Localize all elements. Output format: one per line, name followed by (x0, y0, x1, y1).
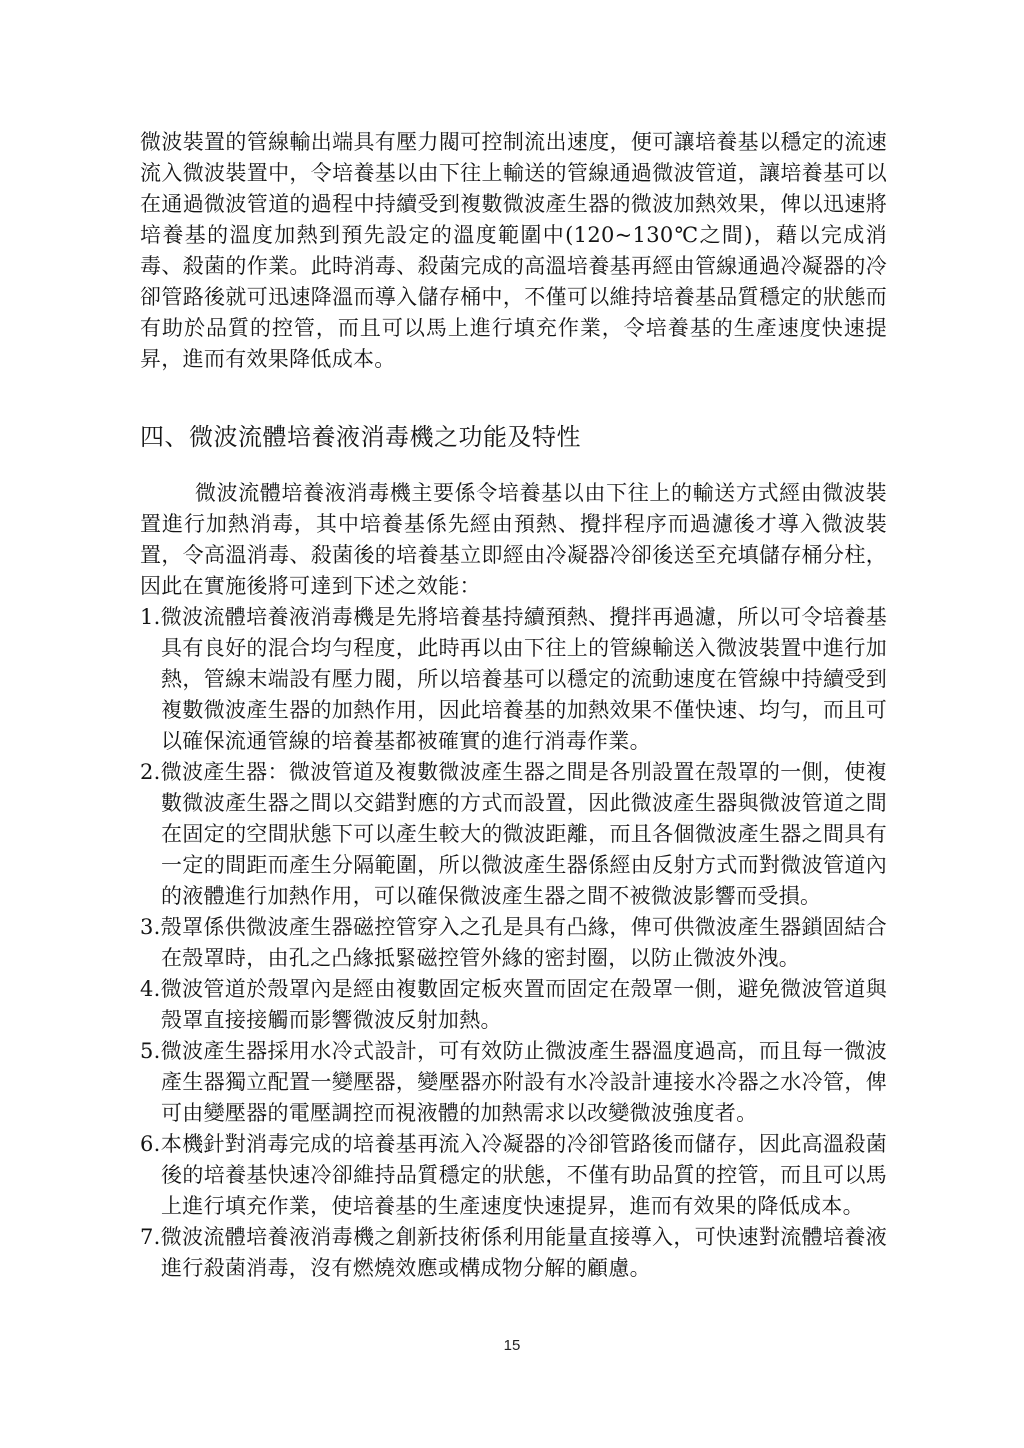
list-item-number: 4. (140, 977, 161, 1001)
list-item-text: 微波管道於殼罩內是經由複數固定板夾置而固定在殼罩一側，避免微波管道與殼罩直接接觸… (161, 977, 887, 1032)
section-intro-paragraph: 微波流體培養液消毒機主要係令培養基以由下往上的輸送方式經由微波裝置進行加熱消毒，… (140, 478, 887, 602)
list-item-text: 殼罩係供微波產生器磁控管穿入之孔是具有凸緣，俾可供微波產生器鎖固結合在殼罩時，由… (161, 915, 887, 970)
list-item-text: 微波產生器採用水冷式設計，可有效防止微波產生器溫度過高，而且每一微波產生器獨立配… (161, 1039, 887, 1125)
list-item-number: 2. (140, 760, 161, 784)
document-page: 微波裝置的管線輸出端具有壓力閥可控制流出速度，便可讓培養基以穩定的流速流入微波裝… (0, 0, 1024, 1448)
list-item-number: 6. (140, 1132, 161, 1156)
list-item-6: 6.本機針對消毒完成的培養基再流入冷凝器的冷卻管路後而儲存，因此高溫殺菌後的培養… (140, 1129, 887, 1222)
numbered-list: 1.微波流體培養液消毒機是先將培養基持續預熱、攪拌再過濾，所以可令培養基具有良好… (140, 602, 887, 1284)
list-item-text: 微波流體培養液消毒機是先將培養基持續預熱、攪拌再過濾，所以可令培養基具有良好的混… (161, 605, 887, 753)
list-item-1: 1.微波流體培養液消毒機是先將培養基持續預熱、攪拌再過濾，所以可令培養基具有良好… (140, 602, 887, 757)
text-column: 微波裝置的管線輸出端具有壓力閥可控制流出速度，便可讓培養基以穩定的流速流入微波裝… (140, 127, 887, 1284)
list-item-7: 7.微波流體培養液消毒機之創新技術係利用能量直接導入，可快速對流體培養液進行殺菌… (140, 1222, 887, 1284)
list-item-number: 5. (140, 1039, 161, 1063)
page-number: 15 (0, 1337, 1024, 1354)
list-item-5: 5.微波產生器採用水冷式設計，可有效防止微波產生器溫度過高，而且每一微波產生器獨… (140, 1036, 887, 1129)
list-item-text: 本機針對消毒完成的培養基再流入冷凝器的冷卻管路後而儲存，因此高溫殺菌後的培養基快… (161, 1132, 887, 1218)
list-item-number: 3. (140, 915, 161, 939)
list-item-text: 微波流體培養液消毒機之創新技術係利用能量直接導入，可快速對流體培養液進行殺菌消毒… (161, 1225, 887, 1280)
opening-paragraph: 微波裝置的管線輸出端具有壓力閥可控制流出速度，便可讓培養基以穩定的流速流入微波裝… (140, 127, 887, 375)
list-item-number: 7. (140, 1225, 161, 1249)
list-item-4: 4.微波管道於殼罩內是經由複數固定板夾置而固定在殼罩一側，避免微波管道與殼罩直接… (140, 974, 887, 1036)
list-item-text: 微波產生器：微波管道及複數微波產生器之間是各別設置在殼罩的一側，使複數微波產生器… (161, 760, 887, 908)
list-item-number: 1. (140, 605, 161, 629)
list-item-2: 2.微波產生器：微波管道及複數微波產生器之間是各別設置在殼罩的一側，使複數微波產… (140, 757, 887, 912)
section-heading: 四、微波流體培養液消毒機之功能及特性 (140, 421, 887, 454)
list-item-3: 3.殼罩係供微波產生器磁控管穿入之孔是具有凸緣，俾可供微波產生器鎖固結合在殼罩時… (140, 912, 887, 974)
